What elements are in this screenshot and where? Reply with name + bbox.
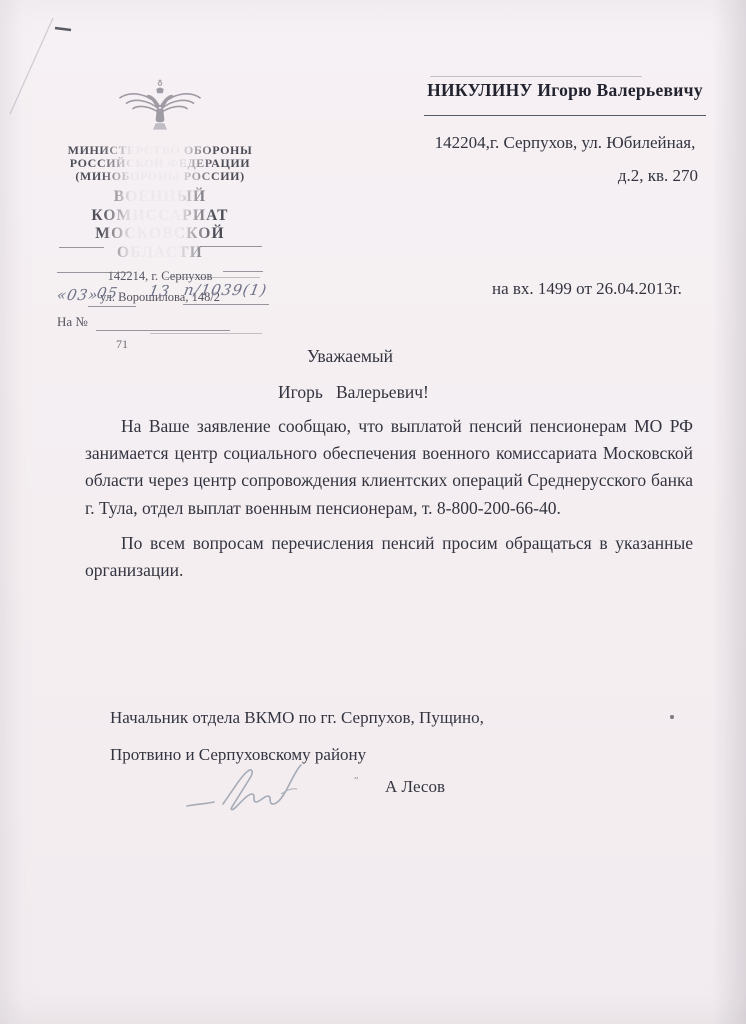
handwritten-date-year: 13 [147, 282, 171, 300]
scanned-letter-page: МИНИСТЕРСТВО ОБОРОНЫ РОССИЙСКОЙ ФЕДЕРАЦИ… [0, 0, 746, 1024]
form-line [223, 271, 263, 272]
handwritten-date-day: «03» [55, 286, 100, 304]
addressee-rule [424, 115, 706, 116]
form-line [150, 333, 262, 334]
addressee-name: НИКУЛИНУ Игорю Валерьевичу [424, 80, 706, 101]
handwritten-doc-number: п/1039(1) [182, 281, 268, 299]
form-line [183, 304, 269, 305]
signer-name: А Лесов [385, 777, 445, 797]
signer-title-line1: Начальник отдела ВКМО по гг. Серпухов, П… [110, 699, 484, 736]
handwritten-signature-icon [183, 760, 355, 818]
double-headed-eagle-icon [114, 78, 206, 140]
incoming-reference: на вх. 1499 от 26.04.2013г. [492, 279, 682, 299]
handwritten-date-month: 05 [95, 284, 119, 302]
addressee-address-line1: 142204,г. Серпухов, ул. Юбилейная, [424, 133, 706, 153]
form-line [96, 330, 230, 331]
na-no-label: На № [57, 314, 88, 330]
letter-body: На Ваше заявление сообщаю, что выплатой … [85, 413, 693, 584]
form-line [57, 272, 130, 273]
ministry-line-3: (МИНОБОРОНЫ РОССИИ) [58, 170, 262, 183]
scan-dot-artifact [670, 715, 674, 719]
form-line [88, 306, 136, 307]
addressee-block: НИКУЛИНУ Игорю Валерьевичу 142204,г. Сер… [424, 80, 706, 186]
ministry-name-block: МИНИСТЕРСТВО ОБОРОНЫ РОССИЙСКОЙ ФЕДЕРАЦИ… [58, 144, 262, 262]
addressee-address-line2: д.2, кв. 270 [424, 166, 706, 186]
body-paragraph-1: На Ваше заявление сообщаю, что выплатой … [85, 413, 693, 522]
scan-faint-line [430, 76, 642, 77]
form-line [59, 247, 104, 248]
form-line [165, 277, 260, 278]
scan-ink-tick: ʺ [354, 775, 358, 787]
form-line [200, 246, 262, 247]
stamp-page-number: 71 [116, 337, 128, 352]
salutation-line1: Уважаемый [307, 346, 393, 367]
body-paragraph-2: По всем вопросам перечисления пенсий про… [85, 530, 693, 584]
salutation-line2: Игорь Валерьевич! [278, 382, 429, 403]
org-line-1: ВОЕННЫЙ КОМИССАРИАТ [58, 188, 262, 225]
org-line-2: МОСКОВСКОЙ ОБЛАСТИ [58, 225, 262, 262]
